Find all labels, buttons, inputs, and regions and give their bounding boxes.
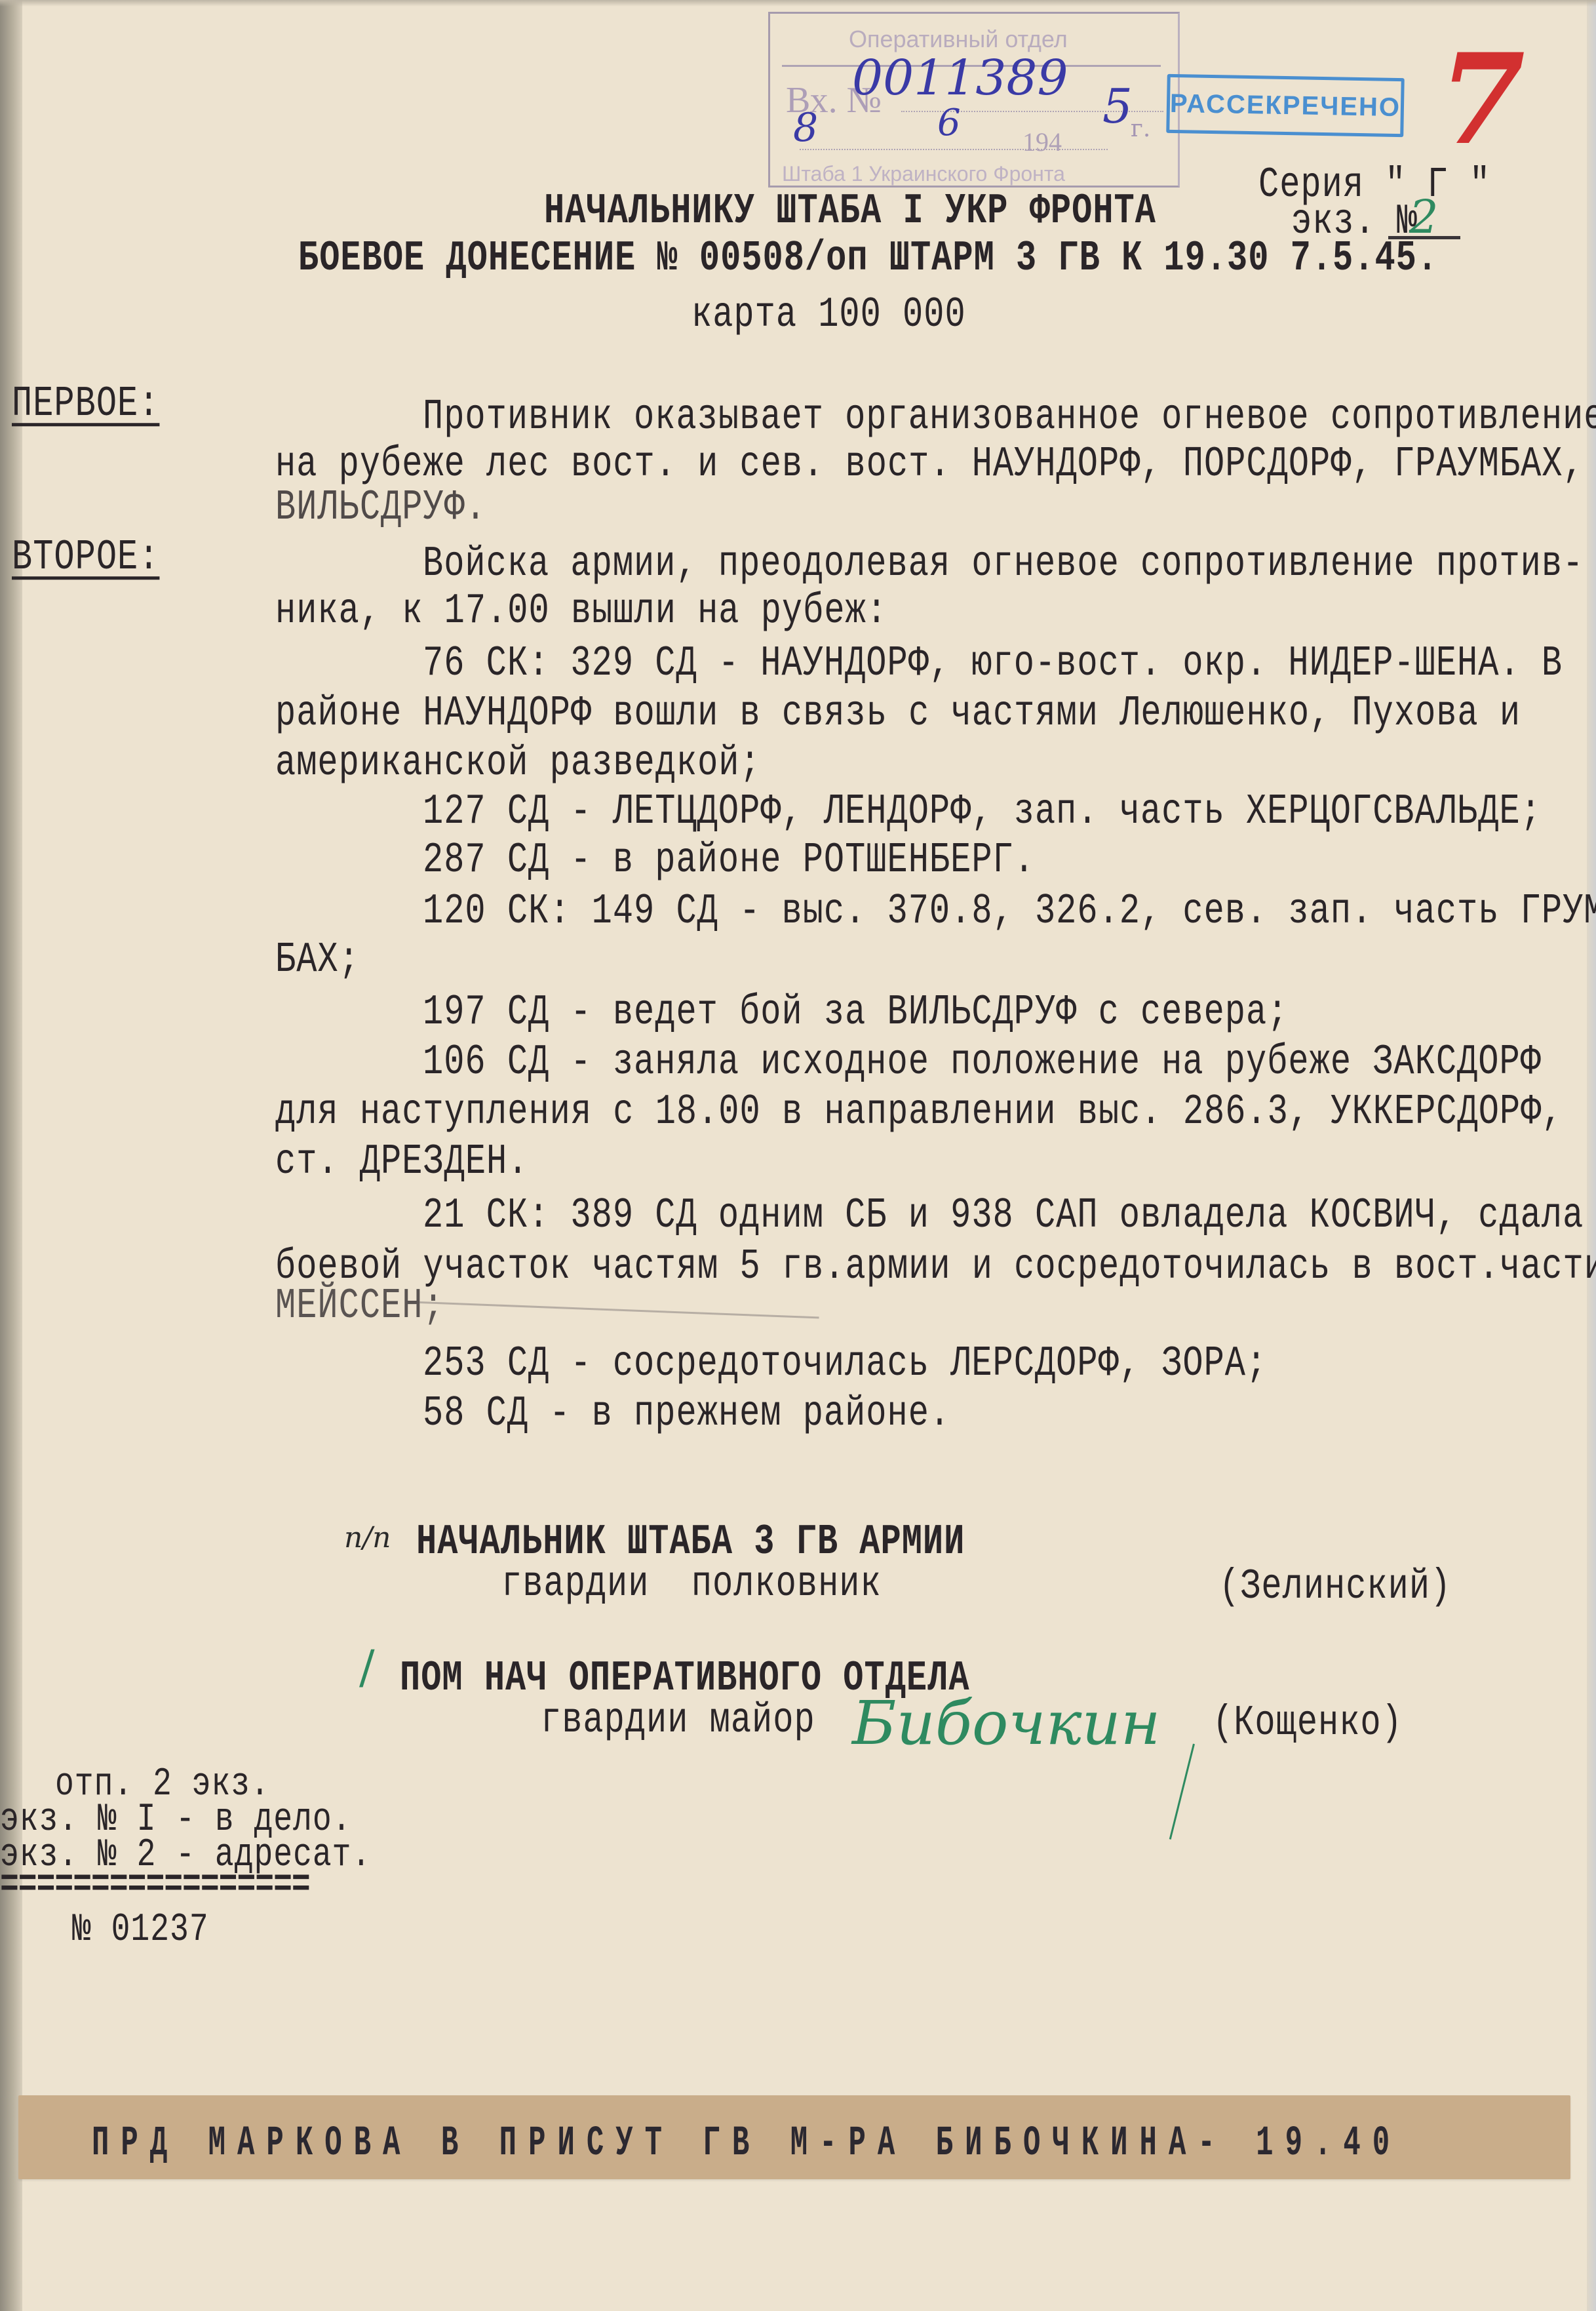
stamp-handwritten-day: 8: [793, 105, 818, 151]
section2-line: 253 СД - сосредоточилась ЛЕРСДОРФ, ЗОРА;: [423, 1343, 1267, 1385]
outgoing-number: № 01237: [72, 1910, 209, 1950]
section2-line: 287 СД - в районе РОТШЕНБЕРГ.: [423, 839, 1035, 882]
signature-tail-stroke: [1169, 1744, 1195, 1840]
signatory-name-koshchenko: (Кощенко): [1213, 1702, 1403, 1745]
signatory-rank-major: гвардии майор: [541, 1699, 815, 1742]
stamp-org-label: Оперативный отдел: [849, 26, 1068, 53]
section2-line: 58 СД - в прежнем районе.: [423, 1393, 950, 1435]
report-title: БОЕВОЕ ДОНЕСЕНИЕ № 00508/оп ШТАРМ 3 ГВ К…: [298, 237, 1438, 280]
section2-line: БАХ;: [275, 939, 360, 981]
stamp-handwritten-year: 5: [1102, 79, 1133, 134]
page-right-edge: [1587, 0, 1596, 2311]
signatory-name-zelinsky: (Зелинский): [1219, 1566, 1451, 1608]
section2-line: американской разведкой;: [275, 742, 761, 785]
document-page: Оперативный отдел Вх. № 194 Штаба 1 Укра…: [0, 0, 1596, 2311]
stamp-handwritten-number: 0011389: [852, 50, 1068, 106]
section2-line: 127 СД - ЛЕТЦДОРФ, ЛЕНДОРФ, зап. часть Х…: [423, 791, 1542, 833]
section2-line: 76 СК: 329 СД - НАУНДОРФ, юго-вост. окр.…: [423, 642, 1563, 685]
map-scale: карта 100 000: [691, 294, 966, 336]
binding-edge: [0, 0, 22, 2311]
section2-line: 120 СК: 149 СД - выс. 370.8, 326.2, сев.…: [423, 890, 1596, 933]
pencil-stroke: [419, 1301, 819, 1318]
section2-line: ника, к 17.00 вышли на рубеж:: [275, 590, 887, 633]
section2-line: для наступления с 18.00 в направлении вы…: [275, 1091, 1563, 1134]
stamp-handwritten-month: 6: [937, 102, 961, 144]
declassified-stamp: РАССЕКРЕЧЕНО: [1166, 74, 1405, 137]
telegraph-tape-text: ПРД МАРКОВА В ПРИСУТ ГВ М-РА БИБОЧКИНА- …: [92, 2120, 1401, 2168]
stamp-year-suffix: г.: [1131, 115, 1150, 142]
section2-line: ст. ДРЕЗДЕН.: [275, 1141, 528, 1183]
section2-line: боевой участок частям 5 гв.армии и сосре…: [275, 1246, 1596, 1288]
section2-line: районе НАУНДОРФ вошли в связь с частями …: [275, 692, 1521, 735]
section1-line: Противник оказывает организованное огнев…: [423, 396, 1596, 439]
section1-line: на рубеже лес вост. и сев. вост. НАУНДОР…: [275, 443, 1584, 486]
section-label-first: ПЕРВОЕ:: [12, 383, 159, 425]
handwritten-signature: Бибочкин: [852, 1688, 1160, 1758]
section2-line: 106 СД - заняла исходное положение на ру…: [423, 1041, 1542, 1084]
red-archive-mark: 7: [1439, 26, 1525, 172]
section1-line: ВИЛЬСДРУФ.: [275, 486, 486, 529]
stamp-footer: Штаба 1 Украинского Фронта: [782, 162, 1065, 186]
signature-prefix-pp: п/п: [344, 1521, 391, 1554]
distribution-separator: =================: [0, 1866, 310, 1905]
section2-line: МЕЙССЕН;: [275, 1285, 444, 1328]
signatory-title-chief-of-staff: НАЧАЛЬНИК ШТАБА 3 ГВ АРМИИ: [416, 1521, 965, 1564]
page-top-shadow: [0, 0, 1596, 7]
section2-line: 21 СК: 389 СД одним СБ и 938 САП овладел…: [423, 1195, 1584, 1237]
section-label-second: ВТОРОЕ:: [12, 536, 159, 579]
signatory-rank-colonel: гвардии полковник: [501, 1563, 882, 1606]
signature-prefix-slash: /: [359, 1640, 375, 1694]
stamp-year-printed: 194: [1022, 127, 1062, 157]
section2-line: 197 СД - ведет бой за ВИЛЬСДРУФ с севера…: [423, 991, 1288, 1034]
addressee-heading: НАЧАЛЬНИКУ ШТАБА I УКР ФРОНТА: [544, 190, 1156, 233]
section2-line: Войска армии, преодолевая огневое сопрот…: [423, 543, 1584, 585]
